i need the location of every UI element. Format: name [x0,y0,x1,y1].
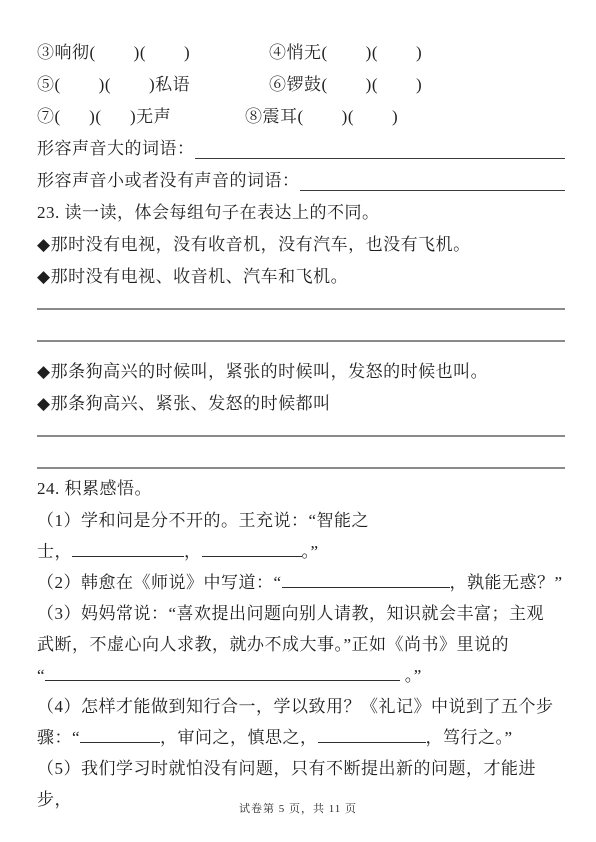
word-pair-row: ③响彻( )( ) ④悄无( )( ) [37,37,565,69]
text-segment: 。” [302,542,319,561]
text-segment: （3）妈妈常说：“喜欢提出问题向别人请教，知识就会丰富；主观 [37,604,544,623]
word-item-8[interactable]: ⑧震耳( )( ) [245,101,398,133]
text-segment: （1）学和问是分不开的。王充说：“智能之 [37,511,369,530]
word-item-6[interactable]: ⑥锣鼓( )( ) [269,69,422,101]
big-sound-words-blank[interactable] [195,133,566,159]
fill-in-blank[interactable] [202,543,302,557]
question-24-item-3: （3）妈妈常说：“喜欢提出问题向别人请教，知识就会丰富；主观 [37,598,565,629]
word-item-4[interactable]: ④悄无( )( ) [269,37,422,69]
text-segment: 武断，不虚心向人求教，就办不成大事。”正如《尚书》里说的 [37,635,509,654]
question-24: 24. 积累感悟。 （1）学和问是分不开的。王充说：“智能之 士，，。” （2）… [37,473,565,815]
word-item-5[interactable]: ⑤( )( )私语 [37,69,269,101]
small-sound-words-blank[interactable] [300,165,566,191]
answer-line[interactable] [37,310,565,342]
small-sound-words-label: 形容声音小或者没有声音的词语： [37,165,300,197]
question-24-item-4-blanks: 骤：“，审问之，慎思之，，笃行之。” [37,722,565,753]
text-segment: （4）怎样才能做到知行合一，学以致用？《礼记》中说到了五个步 [37,697,554,716]
text-segment: （2）韩愈在《师说》中写道：“ [37,573,282,592]
question-24-item-4: （4）怎样才能做到知行合一，学以致用？《礼记》中说到了五个步 [37,691,565,722]
word-item-3[interactable]: ③响彻( )( ) [37,37,269,69]
sentence: ◆那条狗高兴的时候叫，紧张的时候叫，发怒的时候也叫。 [37,356,565,388]
text-segment: 骤：“ [37,728,80,747]
text-segment: 。” [400,666,422,685]
text-segment: “ [37,666,45,685]
answer-line[interactable] [37,437,565,469]
fill-in-blank[interactable] [80,729,160,743]
sentence: ◆那时没有电视，没有收音机，没有汽车，也没有飞机。 [37,229,565,261]
fill-in-blank[interactable] [45,667,400,681]
question-24-item-2: （2）韩愈在《师说》中写道：“，孰能无惑？” [37,567,565,598]
fill-in-blank[interactable] [282,574,450,588]
question-24-heading: 24. 积累感悟。 [37,473,565,505]
big-sound-words-row: 形容声音大的词语： [37,133,565,165]
answer-line[interactable] [37,293,565,310]
word-pair-row: ⑤( )( )私语 ⑥锣鼓( )( ) [37,69,565,101]
sentence: ◆那条狗高兴、紧张、发怒的时候都叫 [37,388,565,420]
question-24-item-1: （1）学和问是分不开的。王充说：“智能之 [37,505,565,536]
big-sound-words-label: 形容声音大的词语： [37,133,195,165]
page-footer: 试卷第 5 页，共 11 页 [0,800,596,816]
exam-page: ③响彻( )( ) ④悄无( )( ) ⑤( )( )私语 ⑥锣鼓( )( ) … [0,0,596,842]
sentence: ◆那时没有电视、收音机、汽车和飞机。 [37,261,565,293]
word-item-7[interactable]: ⑦( )( )无声 [37,101,245,133]
fill-in-blank[interactable] [318,729,426,743]
text-segment: ，笃行之。” [426,728,513,747]
question-24-item-1-blanks: 士，，。” [37,536,565,567]
question-23: 23. 读一读，体会每组句子在表达上的不同。 ◆那时没有电视，没有收音机，没有汽… [37,197,565,469]
word-completion-section: ③响彻( )( ) ④悄无( )( ) ⑤( )( )私语 ⑥锣鼓( )( ) … [37,37,565,197]
text-segment: ，孰能无惑？” [450,573,563,592]
question-24-item-3-cont: 武断，不虚心向人求教，就办不成大事。”正如《尚书》里说的 [37,629,565,660]
small-sound-words-row: 形容声音小或者没有声音的词语： [37,165,565,197]
fill-in-blank[interactable] [72,543,184,557]
answer-line[interactable] [37,420,565,437]
text-segment: 士， [37,542,72,561]
question-24-item-3-blank: “ 。” [37,660,565,691]
word-pair-row: ⑦( )( )无声 ⑧震耳( )( ) [37,101,565,133]
question-23-heading: 23. 读一读，体会每组句子在表达上的不同。 [37,197,565,229]
text-segment: ， [184,542,202,561]
text-segment: ，审问之，慎思之， [160,728,318,747]
